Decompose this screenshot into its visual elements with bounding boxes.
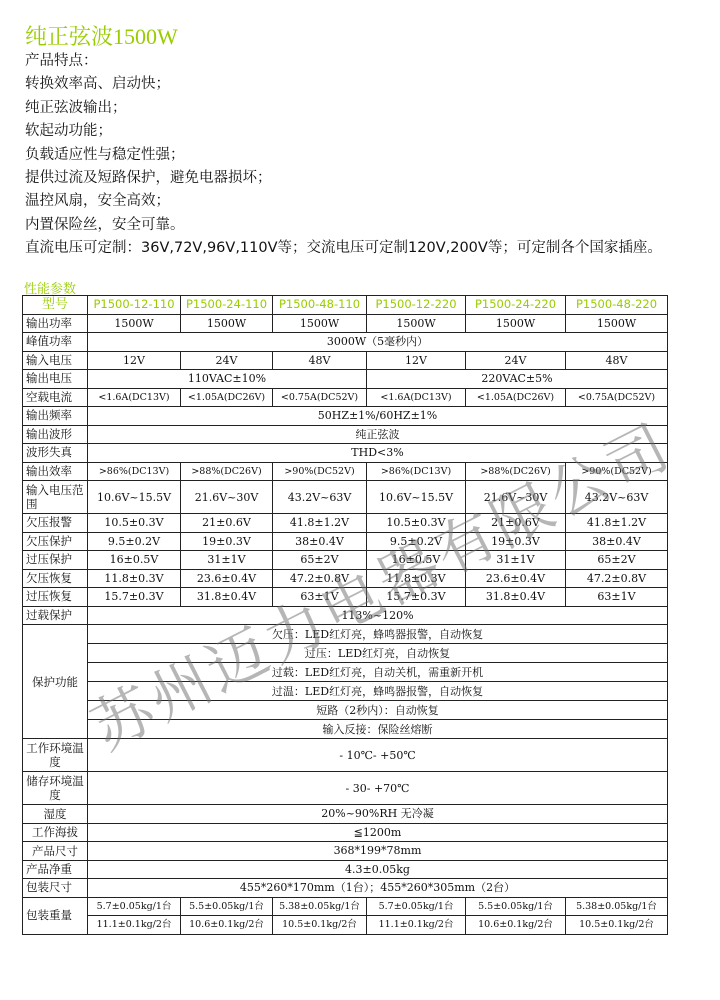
table-cell: 19±0.3V (466, 532, 566, 551)
table-row: 11.1±0.1kg/2台 10.6±0.1kg/2台 10.5±0.1kg/2… (23, 916, 668, 935)
table-cell: >88%(DC26V) (181, 462, 273, 481)
table-row: 峰值功率 3000W（5毫秒内） (23, 333, 668, 352)
table-cell: 21.6V~30V (181, 481, 273, 514)
table-cell: 1500W (566, 314, 668, 333)
table-cell: 48V (566, 351, 668, 370)
table-cell: 38±0.4V (273, 532, 367, 551)
table-cell: >90%(DC52V) (566, 462, 668, 481)
table-cell: 1500W (88, 314, 181, 333)
row-label: 欠压报警 (23, 514, 88, 533)
table-cell: 纯正弦波 (88, 425, 668, 444)
feature-item: 内置保险丝，安全可靠。 (25, 214, 662, 237)
table-cell: 48V (273, 351, 367, 370)
row-label: 峰值功率 (23, 333, 88, 352)
table-cell: - 30- +70℃ (88, 772, 668, 805)
table-row: 储存环境温度 - 30- +70℃ (23, 772, 668, 805)
table-cell: 3000W（5毫秒内） (88, 333, 668, 352)
table-cell: 1500W (181, 314, 273, 333)
feature-list: 产品特点： 转换效率高、启动快； 纯正弦波输出； 软起动功能； 负载适应性与稳定… (25, 50, 662, 261)
feature-item: 温控风扇，安全高效； (25, 190, 662, 213)
table-cell: 5.5±0.05kg/1台 (181, 897, 273, 916)
table-cell: 10.5±0.3V (88, 514, 181, 533)
table-cell: 5.38±0.05kg/1台 (273, 897, 367, 916)
table-cell: 10.5±0.1kg/2台 (566, 916, 668, 935)
table-cell: 113%~120% (88, 606, 668, 625)
table-row: 短路（2秒内）：自动恢复 (23, 701, 668, 720)
table-row: 输出波形 纯正弦波 (23, 425, 668, 444)
table-cell: 50HZ±1%/60HZ±1% (88, 407, 668, 426)
table-cell: 10.6V~15.5V (367, 481, 466, 514)
table-cell: 10.5±0.1kg/2台 (273, 916, 367, 935)
spec-table: 型号 P1500-12-110 P1500-24-110 P1500-48-11… (22, 295, 668, 935)
table-row: 产品尺寸 368*199*78mm (23, 842, 668, 861)
table-cell: 23.6±0.4V (181, 569, 273, 588)
model-header: P1500-24-220 (466, 296, 566, 315)
feature-item: 软起动功能； (25, 120, 662, 143)
table-cell: 15.7±0.3V (367, 588, 466, 607)
protection-item: 短路（2秒内）：自动恢复 (88, 701, 668, 720)
table-row: 过压保护 16±0.5V 31±1V 65±2V 16±0.5V 31±1V 6… (23, 551, 668, 570)
table-cell: 24V (466, 351, 566, 370)
table-cell: 11.8±0.3V (88, 569, 181, 588)
table-cell: 63±1V (273, 588, 367, 607)
table-row: 空载电流 <1.6A(DC13V) <1.05A(DC26V) <0.75A(D… (23, 388, 668, 407)
table-cell: 10.6±0.1kg/2台 (181, 916, 273, 935)
table-cell: 11.1±0.1kg/2台 (367, 916, 466, 935)
table-cell: 5.5±0.05kg/1台 (466, 897, 566, 916)
table-cell: 1500W (273, 314, 367, 333)
row-label: 保护功能 (23, 625, 88, 739)
table-cell: 9.5±0.2V (88, 532, 181, 551)
model-header: P1500-12-220 (367, 296, 466, 315)
table-cell: 20%~90%RH 无冷凝 (88, 805, 668, 824)
table-cell: - 10℃- +50℃ (88, 739, 668, 772)
table-row: 输入电压 12V 24V 48V 12V 24V 48V (23, 351, 668, 370)
table-cell: 16±0.5V (367, 551, 466, 570)
table-cell: 63±1V (566, 588, 668, 607)
table-cell: 31.8±0.4V (181, 588, 273, 607)
feature-item: 直流电压可定制：36V,72V,96V,110V等；交流电压可定制120V,20… (25, 237, 662, 260)
feature-item: 纯正弦波输出； (25, 97, 662, 120)
table-row: 包装重量 5.7±0.05kg/1台 5.5±0.05kg/1台 5.38±0.… (23, 897, 668, 916)
row-label: 过压保护 (23, 551, 88, 570)
row-label: 输入电压 (23, 351, 88, 370)
row-label: 工作环境温度 (23, 739, 88, 772)
table-row: 包装尺寸 455*260*170mm（1台）；455*260*305mm（2台） (23, 879, 668, 898)
table-row: 过压：LED红灯亮，自动恢复 (23, 644, 668, 663)
table-cell: 24V (181, 351, 273, 370)
table-row: 过载保护 113%~120% (23, 606, 668, 625)
table-cell: 21.6V~30V (466, 481, 566, 514)
table-cell: 5.38±0.05kg/1台 (566, 897, 668, 916)
protection-item: 过载：LED红灯亮，自动关机，需重新开机 (88, 663, 668, 682)
table-cell: 15.7±0.3V (88, 588, 181, 607)
row-label: 工作海拔 (23, 823, 88, 842)
table-cell: 1500W (367, 314, 466, 333)
table-cell: 38±0.4V (566, 532, 668, 551)
table-cell: <0.75A(DC52V) (566, 388, 668, 407)
table-row: 过压恢复 15.7±0.3V 31.8±0.4V 63±1V 15.7±0.3V… (23, 588, 668, 607)
table-cell: 21±0.6V (466, 514, 566, 533)
table-cell: 10.6V~15.5V (88, 481, 181, 514)
table-cell: 4.3±0.05kg (88, 860, 668, 879)
table-header-row: 型号 P1500-12-110 P1500-24-110 P1500-48-11… (23, 296, 668, 315)
table-cell: THD<3% (88, 444, 668, 463)
row-label: 输出电压 (23, 370, 88, 389)
table-cell: 12V (367, 351, 466, 370)
table-cell: 9.5±0.2V (367, 532, 466, 551)
model-header: P1500-48-110 (273, 296, 367, 315)
table-cell: 31.8±0.4V (466, 588, 566, 607)
table-cell: 23.6±0.4V (466, 569, 566, 588)
row-label: 产品净重 (23, 860, 88, 879)
table-row: 工作环境温度 - 10℃- +50℃ (23, 739, 668, 772)
table-cell: 65±2V (566, 551, 668, 570)
table-cell: >86%(DC13V) (88, 462, 181, 481)
protection-item: 过压：LED红灯亮，自动恢复 (88, 644, 668, 663)
table-cell: <1.6A(DC13V) (88, 388, 181, 407)
table-cell: <1.05A(DC26V) (181, 388, 273, 407)
table-cell: 47.2±0.8V (566, 569, 668, 588)
model-header: P1500-12-110 (88, 296, 181, 315)
table-cell: <0.75A(DC52V) (273, 388, 367, 407)
table-cell: 31±1V (181, 551, 273, 570)
table-row: 欠压恢复 11.8±0.3V 23.6±0.4V 47.2±0.8V 11.8±… (23, 569, 668, 588)
table-cell: 1500W (466, 314, 566, 333)
row-label: 输入电压范围 (23, 481, 88, 514)
table-row: 输入电压范围 10.6V~15.5V 21.6V~30V 43.2V~63V 1… (23, 481, 668, 514)
table-row: 波形失真 THD<3% (23, 444, 668, 463)
protection-item: 欠压：LED红灯亮，蜂鸣器报警，自动恢复 (88, 625, 668, 644)
table-cell: ≦1200m (88, 823, 668, 842)
table-cell: <1.05A(DC26V) (466, 388, 566, 407)
row-label: 产品尺寸 (23, 842, 88, 861)
product-title: 纯正弦波1500W (25, 20, 178, 51)
model-header-label: 型号 (23, 296, 88, 315)
table-cell: <1.6A(DC13V) (367, 388, 466, 407)
table-cell: 16±0.5V (88, 551, 181, 570)
table-cell: 65±2V (273, 551, 367, 570)
table-cell: 43.2V~63V (273, 481, 367, 514)
table-cell: >86%(DC13V) (367, 462, 466, 481)
table-cell: 220VAC±5% (367, 370, 668, 389)
row-label: 欠压保护 (23, 532, 88, 551)
table-cell: 21±0.6V (181, 514, 273, 533)
table-cell: 110VAC±10% (88, 370, 367, 389)
row-label: 输出频率 (23, 407, 88, 426)
table-cell: >88%(DC26V) (466, 462, 566, 481)
table-row: 欠压报警 10.5±0.3V 21±0.6V 41.8±1.2V 10.5±0.… (23, 514, 668, 533)
table-row: 输出电压 110VAC±10% 220VAC±5% (23, 370, 668, 389)
table-row: 输入反接：保险丝熔断 (23, 720, 668, 739)
table-cell: 31±1V (466, 551, 566, 570)
table-row: 过载：LED红灯亮，自动关机，需重新开机 (23, 663, 668, 682)
row-label: 输出功率 (23, 314, 88, 333)
feature-heading: 产品特点： (25, 50, 662, 73)
row-label: 过压恢复 (23, 588, 88, 607)
table-row: 欠压保护 9.5±0.2V 19±0.3V 38±0.4V 9.5±0.2V 1… (23, 532, 668, 551)
feature-item: 转换效率高、启动快； (25, 73, 662, 96)
table-row: 过温：LED红灯亮，蜂鸣器报警，自动恢复 (23, 682, 668, 701)
table-row: 保护功能 欠压：LED红灯亮，蜂鸣器报警，自动恢复 (23, 625, 668, 644)
row-label: 包装尺寸 (23, 879, 88, 898)
row-label: 湿度 (23, 805, 88, 824)
row-label: 空载电流 (23, 388, 88, 407)
table-cell: 5.7±0.05kg/1台 (88, 897, 181, 916)
table-cell: 10.6±0.1kg/2台 (466, 916, 566, 935)
row-label: 过载保护 (23, 606, 88, 625)
table-row: 工作海拔 ≦1200m (23, 823, 668, 842)
table-row: 产品净重 4.3±0.05kg (23, 860, 668, 879)
table-cell: 19±0.3V (181, 532, 273, 551)
row-label: 欠压恢复 (23, 569, 88, 588)
protection-item: 输入反接：保险丝熔断 (88, 720, 668, 739)
model-header: P1500-48-220 (566, 296, 668, 315)
row-label: 包装重量 (23, 897, 88, 934)
table-row: 输出效率 >86%(DC13V) >88%(DC26V) >90%(DC52V)… (23, 462, 668, 481)
table-cell: 41.8±1.2V (566, 514, 668, 533)
table-cell: 10.5±0.3V (367, 514, 466, 533)
table-row: 输出功率 1500W 1500W 1500W 1500W 1500W 1500W (23, 314, 668, 333)
model-header: P1500-24-110 (181, 296, 273, 315)
table-cell: 43.2V~63V (566, 481, 668, 514)
row-label: 输出波形 (23, 425, 88, 444)
table-cell: 11.1±0.1kg/2台 (88, 916, 181, 935)
table-cell: >90%(DC52V) (273, 462, 367, 481)
table-cell: 5.7±0.05kg/1台 (367, 897, 466, 916)
table-cell: 47.2±0.8V (273, 569, 367, 588)
protection-item: 过温：LED红灯亮，蜂鸣器报警，自动恢复 (88, 682, 668, 701)
table-cell: 12V (88, 351, 181, 370)
table-row: 湿度 20%~90%RH 无冷凝 (23, 805, 668, 824)
row-label: 储存环境温度 (23, 772, 88, 805)
row-label: 波形失真 (23, 444, 88, 463)
table-cell: 455*260*170mm（1台）；455*260*305mm（2台） (88, 879, 668, 898)
table-cell: 11.8±0.3V (367, 569, 466, 588)
table-cell: 41.8±1.2V (273, 514, 367, 533)
table-cell: 368*199*78mm (88, 842, 668, 861)
row-label: 输出效率 (23, 462, 88, 481)
table-row: 输出频率 50HZ±1%/60HZ±1% (23, 407, 668, 426)
feature-item: 负载适应性与稳定性强； (25, 144, 662, 167)
feature-item: 提供过流及短路保护，避免电器损坏； (25, 167, 662, 190)
